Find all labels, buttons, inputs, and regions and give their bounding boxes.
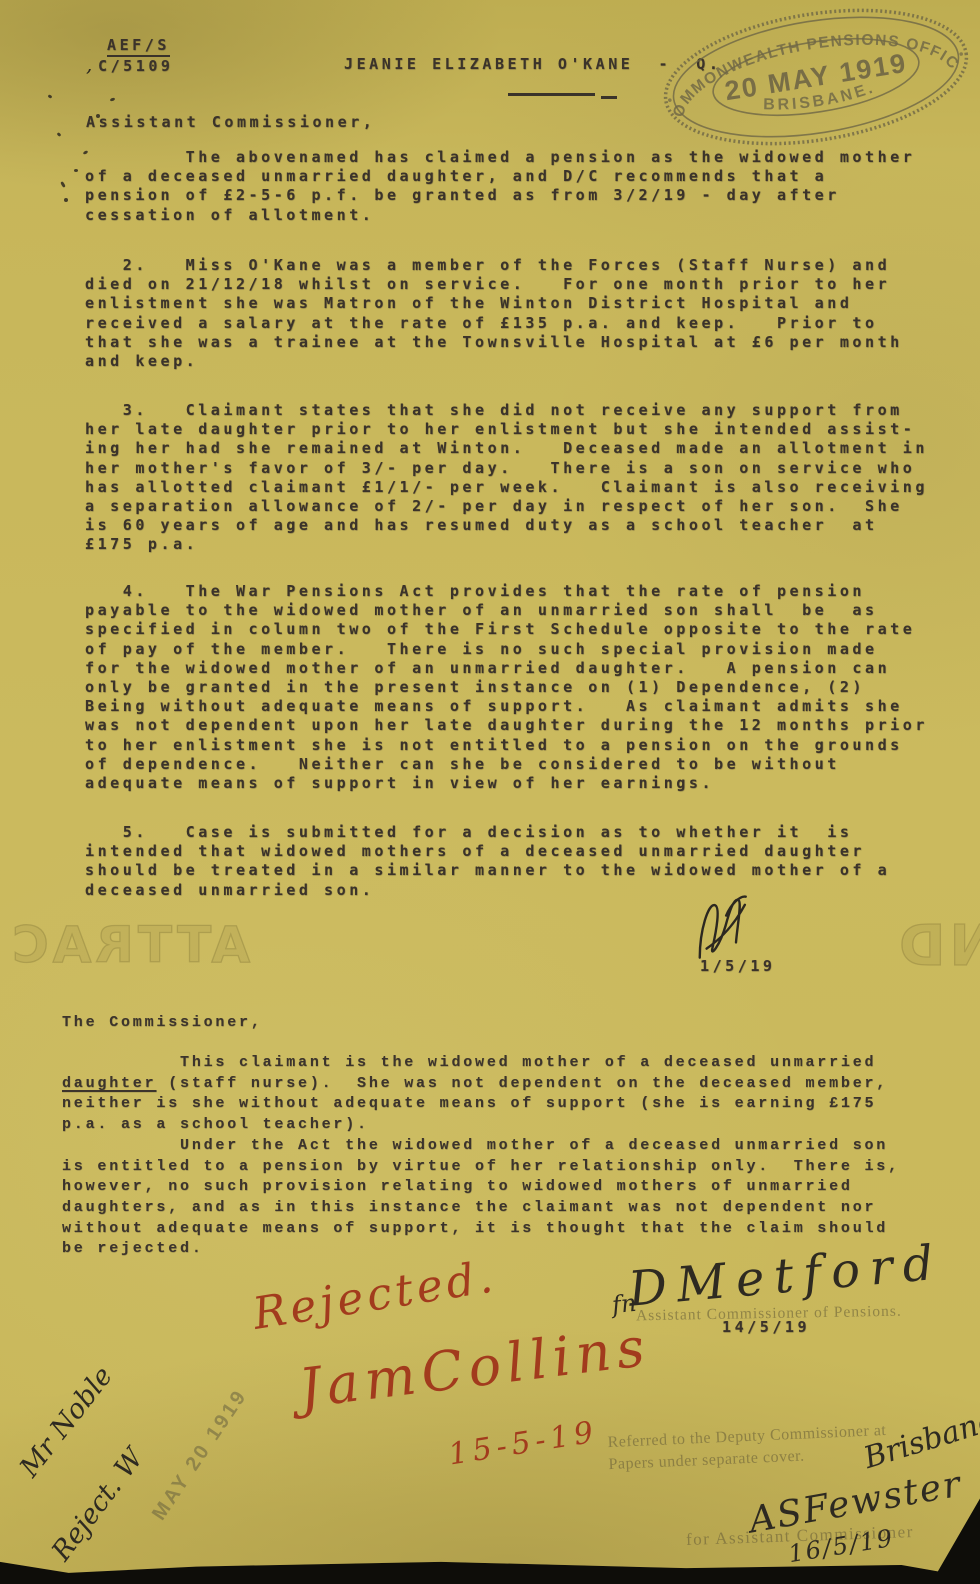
watermark-attrac: ATTRAC: [8, 916, 250, 974]
ink-speck: [74, 169, 78, 172]
paragraph-5: 5. Case is submitted for a decision as t…: [85, 823, 890, 900]
file-reference-line2: C/5109: [98, 57, 174, 76]
file-reference-line1: AEF/S: [107, 36, 170, 55]
ink-speck: [64, 198, 68, 202]
typed-date: 1/5/19: [700, 957, 776, 976]
memo-underlined-word: daughter: [62, 1075, 156, 1092]
memo-text-after: (staff nurse). She was not dependent on …: [62, 1075, 900, 1258]
salutation: Assistant Commissioner,: [86, 113, 375, 132]
commissioner-memo: This claimant is the widowed mother of a…: [62, 1053, 900, 1260]
comma-mark: ,: [86, 52, 92, 76]
scanned-document-page: AEF/S , C/5109 JEANIE ELIZABETH O'KANE -…: [0, 0, 980, 1584]
title-underline-dash: [601, 96, 617, 99]
paragraph-2: 2. Miss O'Kane was a member of the Force…: [85, 256, 903, 371]
memo-text-before: This claimant is the widowed mother of a…: [62, 1054, 876, 1071]
metford-date: 14/5/19: [722, 1318, 810, 1337]
title-underline: [508, 93, 595, 96]
watermark-bond: BOND: [895, 914, 980, 979]
paragraph-1: The abovenamed has claimed a pension as …: [85, 148, 915, 225]
ink-speck: [96, 114, 100, 118]
initials-signature: [684, 891, 764, 966]
commissioner-heading: The Commissioner,: [62, 1013, 263, 1034]
paragraph-3: 3. Claimant states that she did not rece…: [85, 401, 928, 555]
paragraph-4: 4. The War Pensions Act provides that th…: [85, 582, 928, 793]
